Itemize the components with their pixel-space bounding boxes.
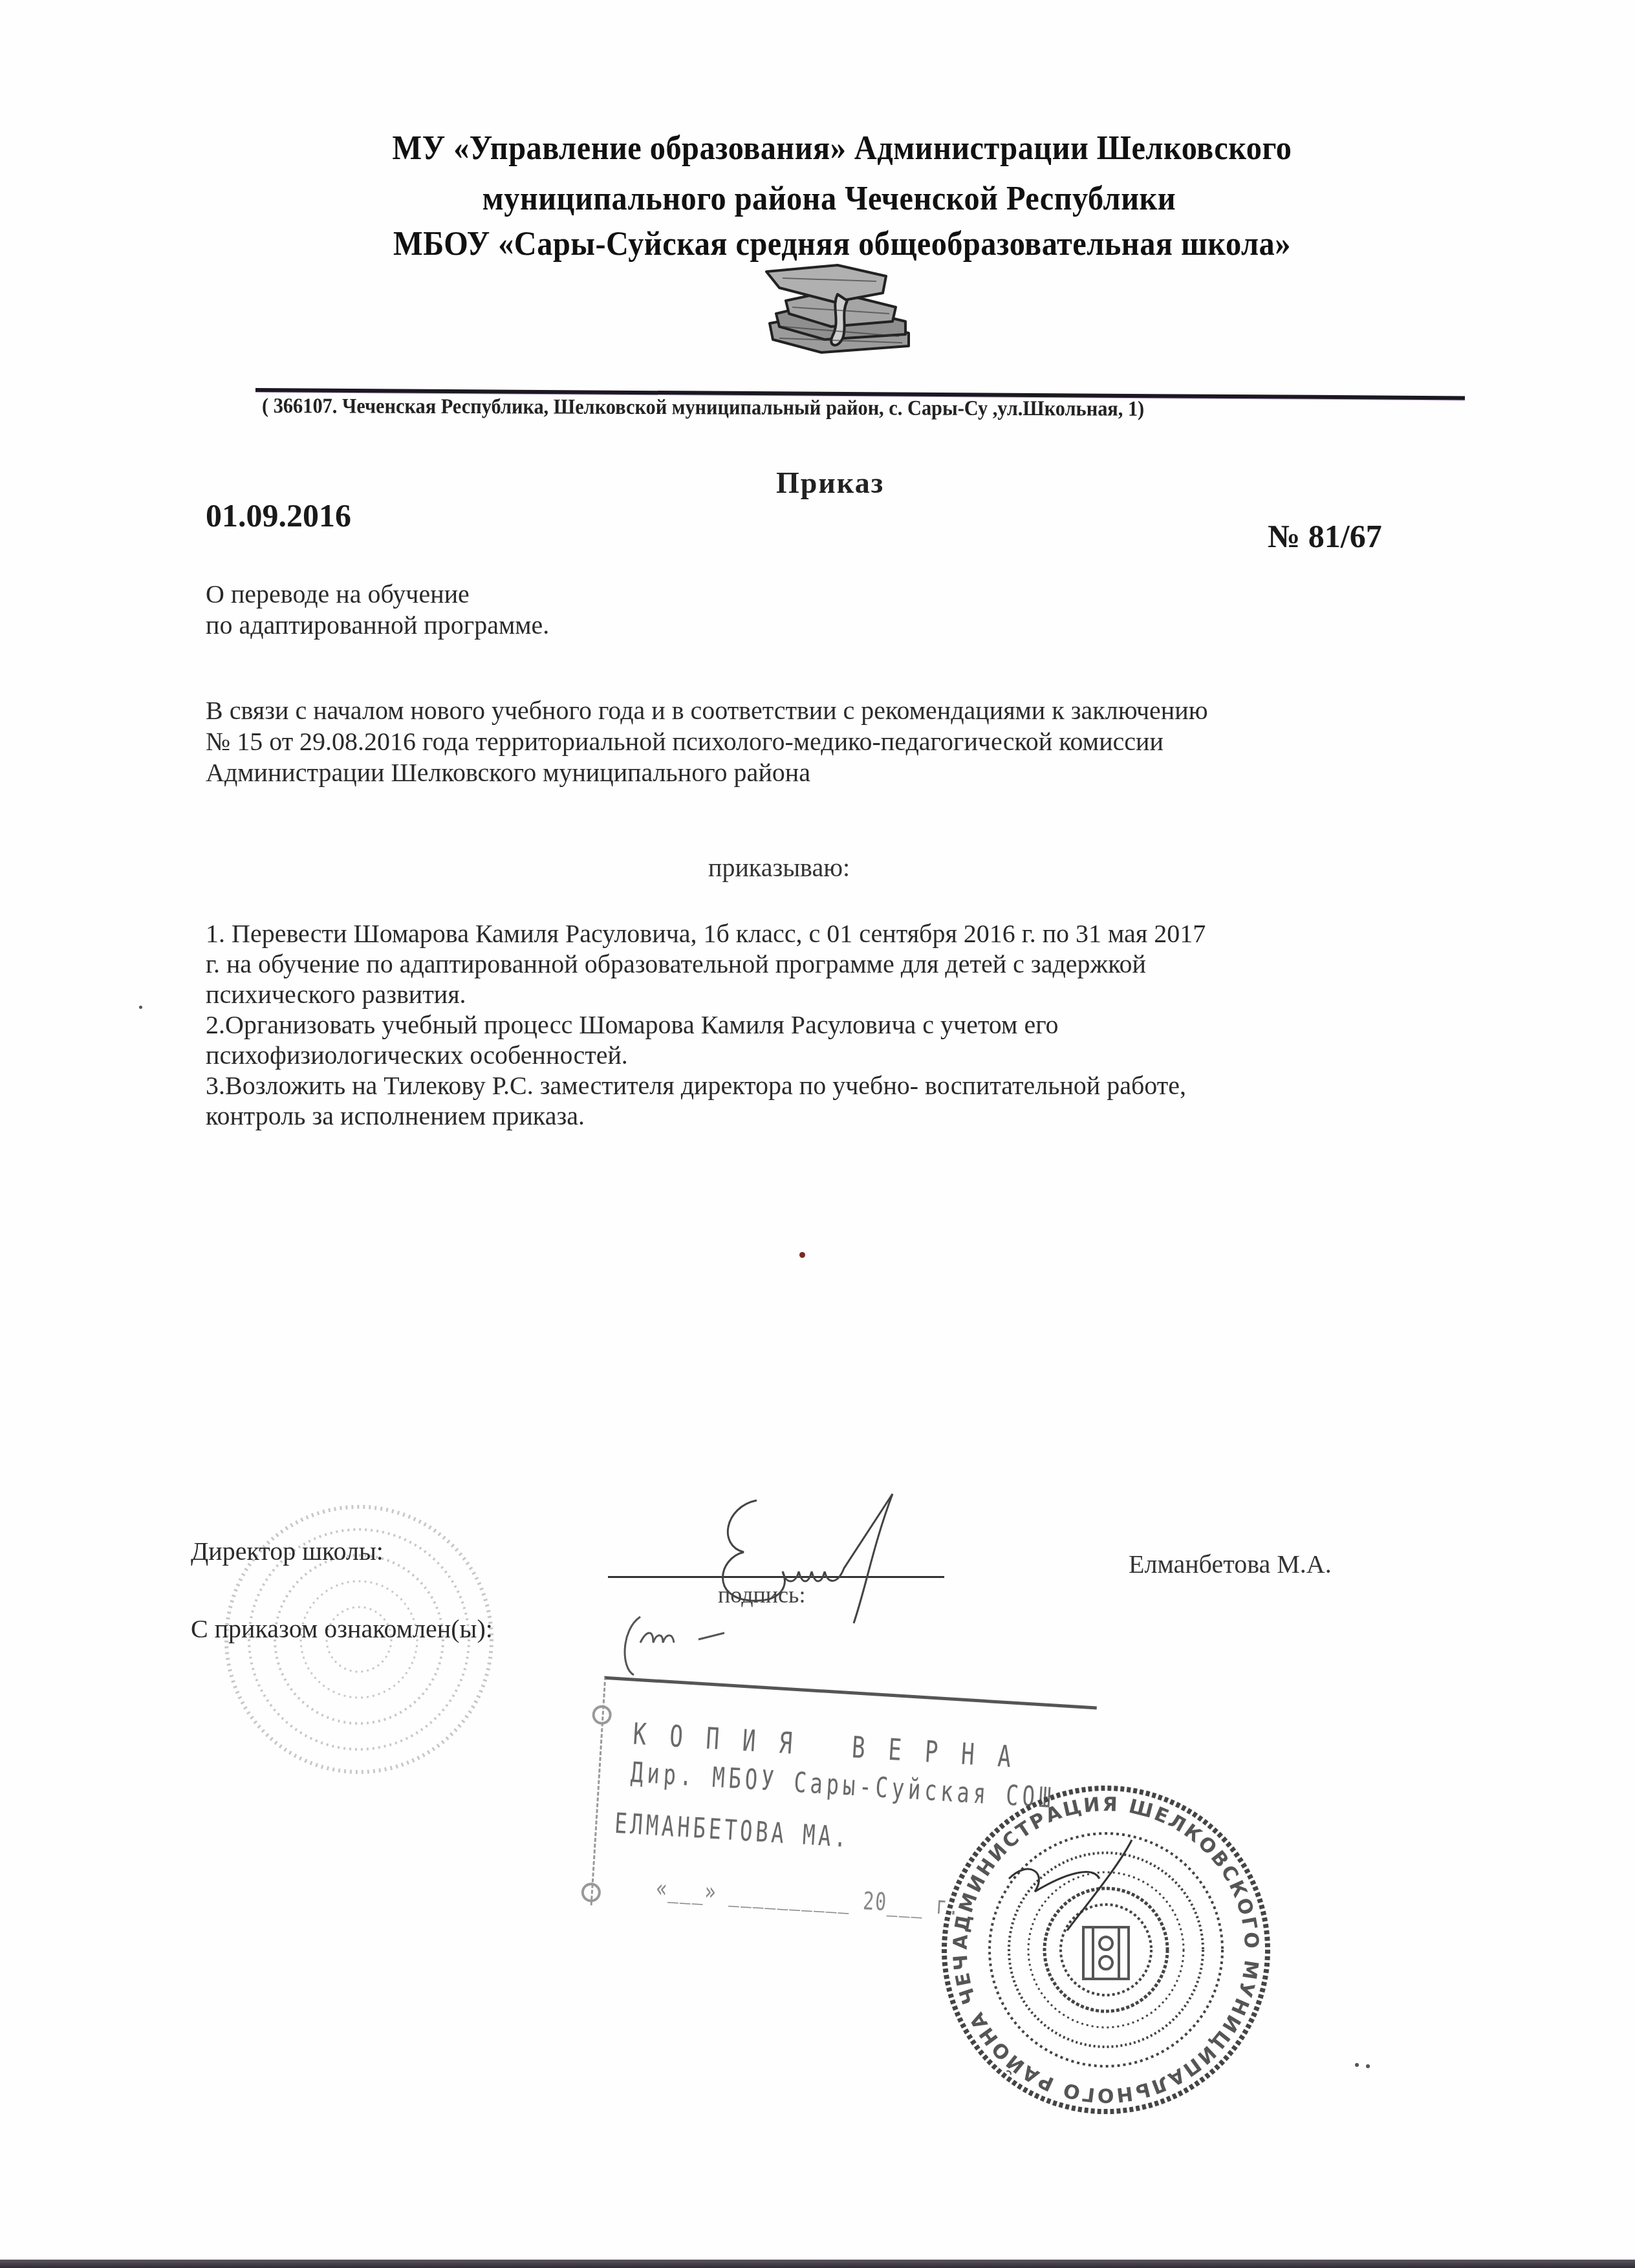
order-items: 1. Перевести Шомарова Камиля Расуловича,… [206,918,1206,1131]
official-seal-icon: АДМИНИСТРАЦИЯ ШЕЛКОВСКОГО МУНИЦИПАЛЬНОГО… [938,1782,1274,2118]
scan-speck [1355,2063,1359,2067]
order-date: 01.09.2016 [206,497,351,534]
scan-bottom-edge [0,2260,1635,2268]
school-address: ( 366107. Чеченская Республика, Шелковск… [262,394,1309,422]
preamble-line: Администрации Шелковского муниципального… [206,757,1208,788]
document-page: МУ «Управление образования» Администраци… [0,0,1635,2268]
order-item-line: г. на обучение по адаптированной образов… [206,949,1206,979]
subject-line: О переводе на обучение [206,579,549,610]
director-label: Директор школы: [191,1536,384,1566]
order-preamble: В связи с началом нового учебного года и… [206,695,1208,788]
order-item-line: психофизиологических особенностей. [206,1040,1206,1070]
order-item-line: 3.Возложить на Тилекову Р.С. заместителя… [206,1070,1206,1101]
acquainted-signature-icon [614,1604,763,1681]
order-item-line: контроль за исполнением приказа. [206,1101,1206,1131]
header-school-name: МБОУ «Сары-Суйская средняя общеобразоват… [81,225,1602,263]
order-subject: О переводе на обучение по адаптированной… [206,579,549,641]
order-item-line: 2.Организовать учебный процесс Шомарова … [206,1010,1206,1040]
order-item-line: 1. Перевести Шомарова Камиля Расуловича,… [206,918,1206,949]
order-item-line: психического развития. [206,979,1206,1010]
subject-line: по адаптированной программе. [206,610,549,641]
scan-speck [139,1006,142,1009]
header-organization-line1: МУ «Управление образования» Администраци… [81,129,1602,167]
coat-of-arms-icon [1083,1927,1129,1979]
order-directive-word: приказываю: [708,852,850,883]
ink-dot [799,1252,805,1258]
preamble-line: В связи с началом нового учебного года и… [206,695,1208,726]
books-stack-icon [760,262,928,372]
scan-speck [1366,2064,1370,2068]
director-name: Елманбетова М.А. [1129,1549,1332,1579]
header-organization-line2: муниципального района Чеченской Республи… [69,180,1589,218]
document-title: Приказ [776,466,884,500]
acquainted-label: С приказом ознакомлен(ы): [191,1614,493,1644]
preamble-line: № 15 от 29.08.2016 года территориальной … [206,726,1208,757]
order-number: № 81/67 [1268,517,1382,555]
